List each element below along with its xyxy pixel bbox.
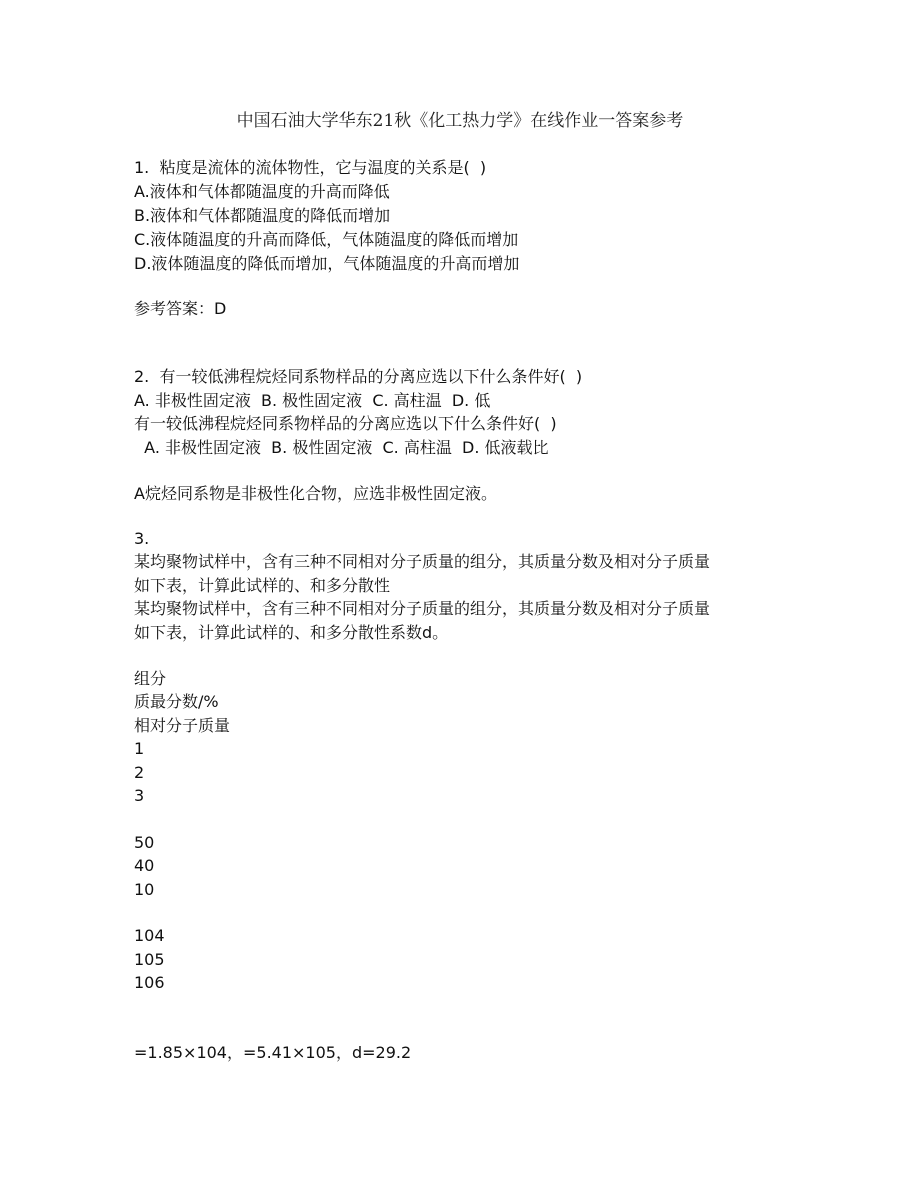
q1-answer: 参考答案：D (134, 297, 226, 321)
table-cell: 2 (134, 761, 144, 785)
table-cell: 3 (134, 784, 144, 808)
q2-answer: A烷烃同系物是非极性化合物，应选非极性固定液。 (134, 482, 497, 506)
q3-stem-line1: 某均聚物试样中，含有三种不同相对分子质量的组分，其质量分数及相对分子质量 (134, 550, 710, 574)
q3-stem-line4: 如下表，计算此试样的、和多分散性系数d。 (134, 621, 448, 645)
document-title: 中国石油大学华东21秋《化工热力学》在线作业一答案参考 (0, 109, 920, 133)
table-cell: 106 (134, 971, 165, 995)
q1-option-d: D.液体随温度的降低而增加，气体随温度的升高而增加 (134, 252, 519, 276)
q2-options-short: A. 非极性固定液 B. 极性固定液 C. 高柱温 D. 低 (134, 389, 490, 413)
q1-option-a: A.液体和气体都随温度的升高而降低 (134, 180, 390, 204)
table-cell: 104 (134, 924, 165, 948)
q3-stem-line3: 某均聚物试样中，含有三种不同相对分子质量的组分，其质量分数及相对分子质量 (134, 597, 710, 621)
q3-answer: =1.85×104，=5.41×105，d=29.2 (134, 1041, 411, 1065)
q3-stem-line2: 如下表，计算此试样的、和多分散性 (134, 574, 390, 598)
q1-stem: 1. 粘度是流体的流体物性，它与温度的关系是( ) (134, 156, 486, 180)
q2-stem: 2. 有一较低沸程烷烃同系物样品的分离应选以下什么条件好( ) (134, 365, 582, 389)
table-cell: 40 (134, 854, 154, 878)
q2-options-full: A. 非极性固定液 B. 极性固定液 C. 高柱温 D. 低液载比 (134, 436, 549, 460)
q1-option-c: C.液体随温度的升高而降低，气体随温度的降低而增加 (134, 228, 518, 252)
q2-stem-repeat: 有一较低沸程烷烃同系物样品的分离应选以下什么条件好( ) (134, 412, 557, 436)
table-cell: 10 (134, 878, 154, 902)
table-cell: 105 (134, 948, 165, 972)
table-header-mass-fraction: 质最分数/% (134, 690, 219, 714)
q3-number: 3. (134, 527, 149, 551)
table-header-component: 组分 (134, 667, 166, 691)
q1-option-b: B.液体和气体都随温度的降低而增加 (134, 204, 390, 228)
table-header-molecular-weight: 相对分子质量 (134, 714, 230, 738)
table-cell: 1 (134, 737, 144, 761)
table-cell: 50 (134, 831, 154, 855)
